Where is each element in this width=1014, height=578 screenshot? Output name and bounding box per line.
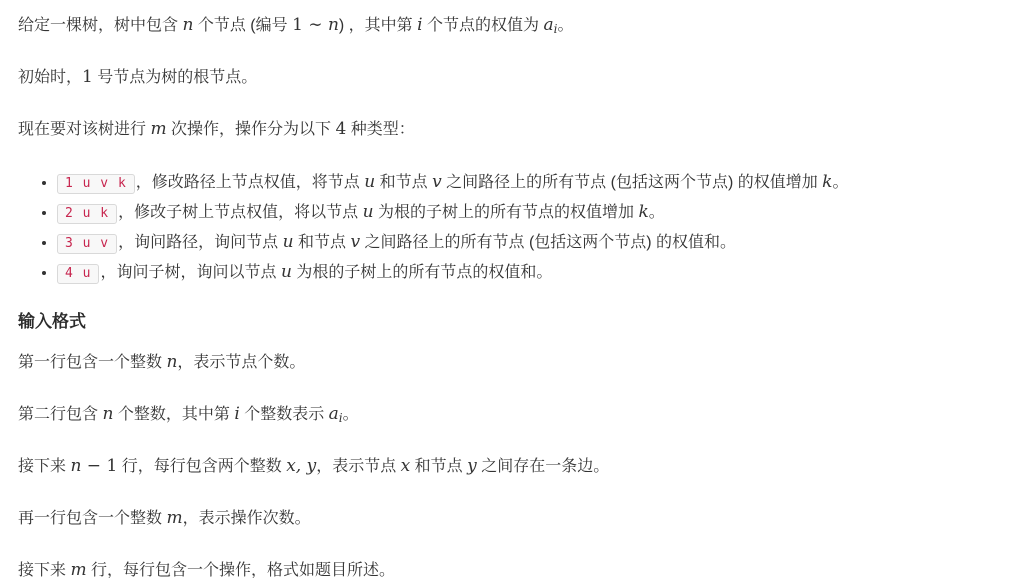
text-run: 现在要对该树进行 [18, 121, 150, 138]
math-var-n: n [166, 352, 177, 372]
operation-list: 1 u v k，修改路径上节点权值，将节点 u 和节点 v 之间路径上的所有节点… [18, 168, 990, 288]
inline-code-op4: 4 u [57, 264, 99, 284]
inline-code-op3: 3 u v [57, 234, 117, 254]
math-subscript-i: i [339, 411, 343, 425]
bullet-item-op3: 3 u v，询问路径，询问节点 u 和节点 v 之间路径上的所有节点 (包括这两… [57, 228, 990, 258]
paragraph-tree-definition: 给定一棵树，树中包含 n 个节点 (编号 1 ∼ n) ，其中第 i 个节点的权… [18, 12, 990, 39]
text-run: 为根的子树上的所有节点的权值和。 [292, 264, 552, 281]
inline-code-op2: 2 u k [57, 204, 117, 224]
text-run: 。 [832, 174, 848, 191]
text-run: 行，每行包含两个整数 [117, 458, 286, 475]
text-run: 和节点 [375, 174, 432, 191]
text-run: 个节点的权值为 [423, 17, 544, 34]
math-subscript-i: i [554, 22, 558, 36]
text-run: 为根的子树上的所有节点的权值增加 [374, 204, 639, 221]
math-var-n: n [70, 456, 81, 476]
paragraph-input-edges: 接下来 n − 1 行，每行包含两个整数 x, y，表示节点 x 和节点 y 之… [18, 453, 990, 480]
math-var-u: u [281, 262, 292, 282]
text-run: 。 [343, 406, 359, 423]
text-run: ，表示节点 [316, 458, 400, 475]
math-var-x: x [401, 456, 411, 476]
paragraph-input-operations: 接下来 m 行，每行包含一个操作，格式如题目所述。 [18, 557, 990, 578]
text-run: 接下来 [18, 562, 70, 578]
text-run: ，修改路径上节点权值，将节点 [136, 174, 364, 191]
paragraph-operations-intro: 现在要对该树进行 m 次操作，操作分为以下 4 种类型： [18, 116, 990, 143]
text-run: 个整数表示 [240, 406, 329, 423]
math-var-u: u [363, 202, 374, 222]
math-num-4: 4 [335, 119, 346, 139]
text-run: 第二行包含 [18, 406, 102, 423]
math-minus-1: − 1 [81, 456, 117, 476]
text-run: 。 [557, 17, 573, 34]
text-run: 。 [649, 204, 665, 221]
math-var-k: k [638, 202, 648, 222]
paragraph-input-line2: 第二行包含 n 个整数，其中第 i 个整数表示 ai。 [18, 401, 990, 428]
math-var-u: u [283, 232, 294, 252]
inline-code-op1: 1 u v k [57, 174, 135, 194]
text-run: 和节点 [294, 234, 351, 251]
problem-statement: 给定一棵树，树中包含 n 个节点 (编号 1 ∼ n) ，其中第 i 个节点的权… [0, 0, 1014, 578]
math-var-n: n [102, 404, 113, 424]
text-run: ，表示节点个数。 [177, 354, 305, 371]
math-var-m: m [150, 119, 166, 139]
math-var-v: v [432, 172, 442, 192]
math-var-n: n [182, 15, 193, 35]
math-num-1: 1 [82, 67, 93, 87]
bullet-item-op1: 1 u v k，修改路径上节点权值，将节点 u 和节点 v 之间路径上的所有节点… [57, 168, 990, 198]
math-var-n: n [328, 15, 339, 35]
text-run: 个整数，其中第 [113, 406, 234, 423]
text-run: ，询问路径，询问节点 [118, 234, 282, 251]
text-run: 种类型： [346, 121, 414, 138]
text-run: ) ，其中第 [339, 17, 417, 34]
text-run: 号节点为树的根节点。 [93, 69, 257, 86]
paragraph-input-line1: 第一行包含一个整数 n，表示节点个数。 [18, 349, 990, 376]
bullet-item-op2: 2 u k，修改子树上节点权值，将以节点 u 为根的子树上的所有节点的权值增加 … [57, 198, 990, 228]
text-run: 次操作，操作分为以下 [167, 121, 336, 138]
math-var-y: y [467, 456, 477, 476]
math-var-a: a [329, 404, 339, 424]
paragraph-root-node: 初始时，1 号节点为树的根节点。 [18, 64, 990, 91]
math-var-u: u [364, 172, 375, 192]
text-run: 初始时， [18, 69, 82, 86]
text-run: 第一行包含一个整数 [18, 354, 166, 371]
text-run: ，表示操作次数。 [183, 510, 311, 527]
text-run: 再一行包含一个整数 [18, 510, 166, 527]
text-run: 个节点 (编号 [193, 17, 292, 34]
math-var-m: m [166, 508, 182, 528]
text-run: 之间路径上的所有节点 (包括这两个节点) 的权值和。 [360, 234, 736, 251]
bullet-item-op4: 4 u，询问子树，询问以节点 u 为根的子树上的所有节点的权值和。 [57, 258, 990, 288]
math-var-m: m [70, 560, 86, 578]
math-var-a: a [543, 15, 553, 35]
math-range-start: 1 ∼ [292, 15, 328, 35]
paragraph-input-m: 再一行包含一个整数 m，表示操作次数。 [18, 505, 990, 532]
text-run: 给定一棵树，树中包含 [18, 17, 182, 34]
text-run: ，修改子树上节点权值，将以节点 [118, 204, 362, 221]
text-run: 行，每行包含一个操作，格式如题目所述。 [87, 562, 395, 578]
text-run: 接下来 [18, 458, 70, 475]
text-run: ，询问子树，询问以节点 [100, 264, 280, 281]
math-var-xy: x, y [286, 456, 316, 476]
text-run: 之间存在一条边。 [477, 458, 609, 475]
math-var-v: v [350, 232, 360, 252]
text-run: 和节点 [410, 458, 467, 475]
math-var-k: k [822, 172, 832, 192]
text-run: 之间路径上的所有节点 (包括这两个节点) 的权值增加 [442, 174, 822, 191]
section-heading-input-format: 输入格式 [18, 308, 990, 335]
